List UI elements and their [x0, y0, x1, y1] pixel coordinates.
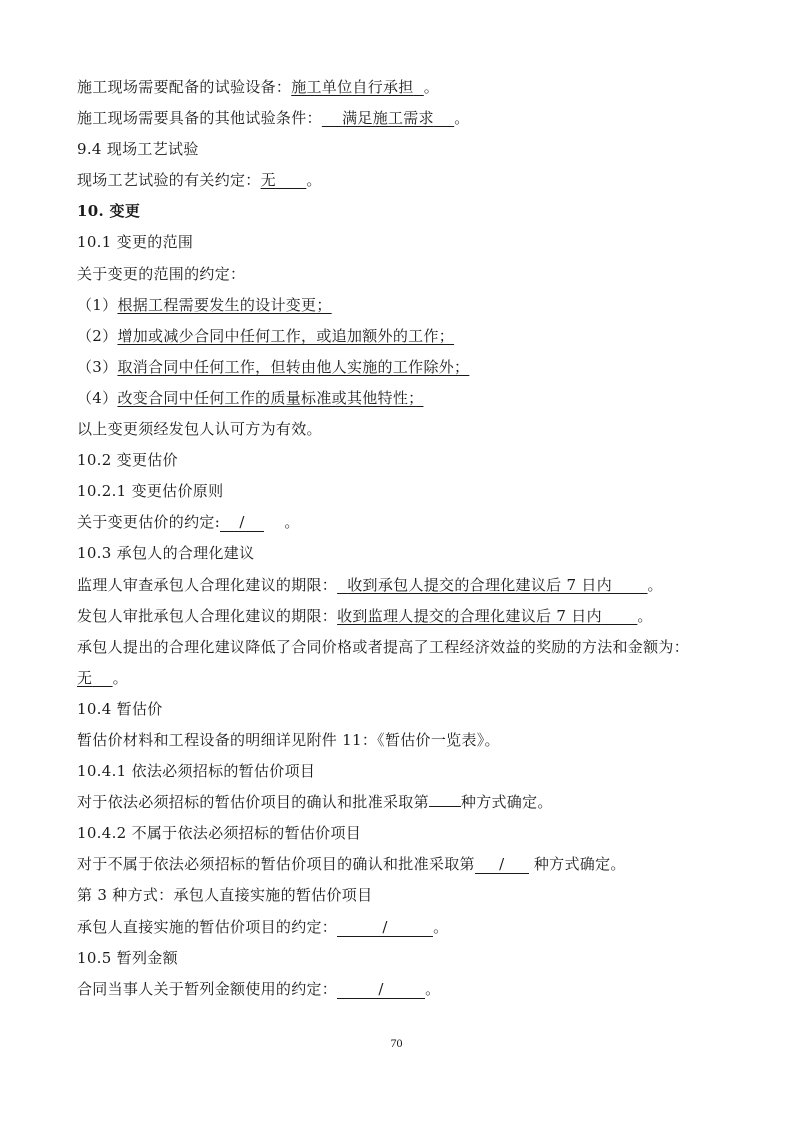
supervisor-review-period-line: 监理人审查承包人合理化建议的期限： 收到承包人提交的合理化建议后 7 日内 。 [77, 570, 727, 601]
item-text: 增加或减少合同中任何工作，或追加额外的工作； [117, 327, 454, 345]
supervisor-review-period-value: 收到承包人提交的合理化建议后 7 日内 [347, 576, 612, 594]
item-number: （2） [77, 327, 117, 345]
test-equipment-value: 施工单位自行承担 [291, 78, 413, 96]
period: 。 [113, 669, 128, 687]
change-valuation-value: / [220, 513, 264, 532]
change-scope-item-3: （3）取消合同中任何工作，但转由他人实施的工作除外； [77, 352, 727, 383]
employer-approval-period-value: 收到监理人提交的合理化建议后 7 日内 [337, 607, 602, 625]
field-label: 发包人审批承包人合理化建议的期限： [77, 607, 337, 625]
document-page: 施工现场需要配备的试验设备：施工单位自行承担 。 施工现场需要具备的其他试验条件… [77, 72, 727, 1005]
process-test-line: 现场工艺试验的有关约定：无 。 [77, 165, 727, 196]
field-label: 对于不属于依法必须招标的暂估价项目的确认和批准采取第 [77, 855, 475, 873]
change-valuation-line: 关于变更估价的约定:/ 。 [77, 507, 727, 538]
period: 。 [306, 171, 321, 189]
section-heading-10-3: 10.3 承包人的合理化建议 [77, 538, 727, 569]
period: 。 [425, 980, 440, 998]
field-label: 对于依法必须招标的暂估价项目的确认和批准采取第 [77, 793, 429, 811]
employer-approval-period-line: 发包人审批承包人合理化建议的期限：收到监理人提交的合理化建议后 7 日内 。 [77, 601, 727, 632]
section-heading-10-1: 10.1 变更的范围 [77, 227, 727, 258]
section-heading-10-5: 10.5 暂列金额 [77, 943, 727, 974]
change-approval-note: 以上变更须经发包人认可方为有效。 [77, 414, 727, 445]
provisional-amount-line: 合同当事人关于暂列金额使用的约定：/。 [77, 974, 727, 1005]
field-label: 关于变更估价的约定: [77, 513, 220, 531]
item-text: 取消合同中任何工作，但转由他人实施的工作除外； [117, 358, 469, 376]
tender-required-method-value [429, 788, 461, 807]
period: 。 [424, 78, 439, 96]
section-heading-10: 10. 变更 [77, 196, 727, 227]
section-heading-10-4-1: 10.4.1 依法必须招标的暂估价项目 [77, 756, 727, 787]
field-label: 现场工艺试验的有关约定： [77, 171, 261, 189]
field-label: 监理人审查承包人合理化建议的期限： [77, 576, 337, 594]
contractor-direct-line: 承包人直接实施的暂估价项目的约定：/。 [77, 912, 727, 943]
reward-method-line: 无 。 [77, 663, 727, 694]
test-equipment-line: 施工现场需要配备的试验设备：施工单位自行承担 。 [77, 72, 727, 103]
section-heading-10-2: 10.2 变更估价 [77, 445, 727, 476]
item-text: 根据工程需要发生的设计变更； [117, 296, 331, 314]
non-tender-method-line: 对于不属于依法必须招标的暂估价项目的确认和批准采取第/ 种方式确定。 [77, 849, 727, 880]
item-number: （3） [77, 358, 117, 376]
field-label: 合同当事人关于暂列金额使用的约定： [77, 980, 337, 998]
section-heading-9-4: 9.4 现场工艺试验 [77, 134, 727, 165]
period: 。 [284, 513, 299, 531]
item-number: （1） [77, 296, 117, 314]
field-label: 承包人直接实施的暂估价项目的约定： [77, 918, 337, 936]
reward-method-value: 无 [77, 669, 92, 687]
provisional-amount-value: / [337, 980, 425, 999]
tender-required-method-line: 对于依法必须招标的暂估价项目的确认和批准采取第种方式确定。 [77, 787, 727, 818]
period: 。 [648, 576, 663, 594]
period: 。 [433, 918, 448, 936]
provisional-sum-detail-note: 暂估价材料和工程设备的明细详见附件 11：《暂估价一览表》。 [77, 725, 727, 756]
other-test-conditions-line: 施工现场需要具备的其他试验条件： 满足施工需求 。 [77, 103, 727, 134]
period: 。 [637, 607, 652, 625]
page-number: 70 [0, 1036, 793, 1051]
other-test-conditions-value: 满足施工需求 [342, 109, 434, 127]
field-label: 施工现场需要具备的其他试验条件： [77, 109, 322, 127]
reward-method-label: 承包人提出的合理化建议降低了合同价格或者提高了工程经济效益的奖励的方法和金额为： [77, 632, 727, 663]
section-heading-10-2-1: 10.2.1 变更估价原则 [77, 476, 727, 507]
change-scope-label: 关于变更的范围的约定： [77, 259, 727, 290]
change-scope-item-1: （1）根据工程需要发生的设计变更； [77, 290, 727, 321]
contractor-direct-value: / [337, 918, 433, 937]
field-suffix: 种方式确定。 [529, 855, 626, 873]
field-suffix: 种方式确定。 [461, 793, 553, 811]
item-text: 改变合同中任何工作的质量标准或其他特性； [117, 389, 423, 407]
process-test-value: 无 [261, 171, 276, 189]
item-number: （4） [77, 389, 117, 407]
section-heading-10-4: 10.4 暂估价 [77, 694, 727, 725]
field-label: 施工现场需要配备的试验设备： [77, 78, 291, 96]
method-3-heading: 第 3 种方式：承包人直接实施的暂估价项目 [77, 880, 727, 911]
change-scope-item-2: （2）增加或减少合同中任何工作，或追加额外的工作； [77, 321, 727, 352]
change-scope-item-4: （4）改变合同中任何工作的质量标准或其他特性； [77, 383, 727, 414]
section-heading-10-4-2: 10.4.2 不属于依法必须招标的暂估价项目 [77, 818, 727, 849]
period: 。 [454, 109, 469, 127]
non-tender-method-value: / [475, 855, 529, 874]
